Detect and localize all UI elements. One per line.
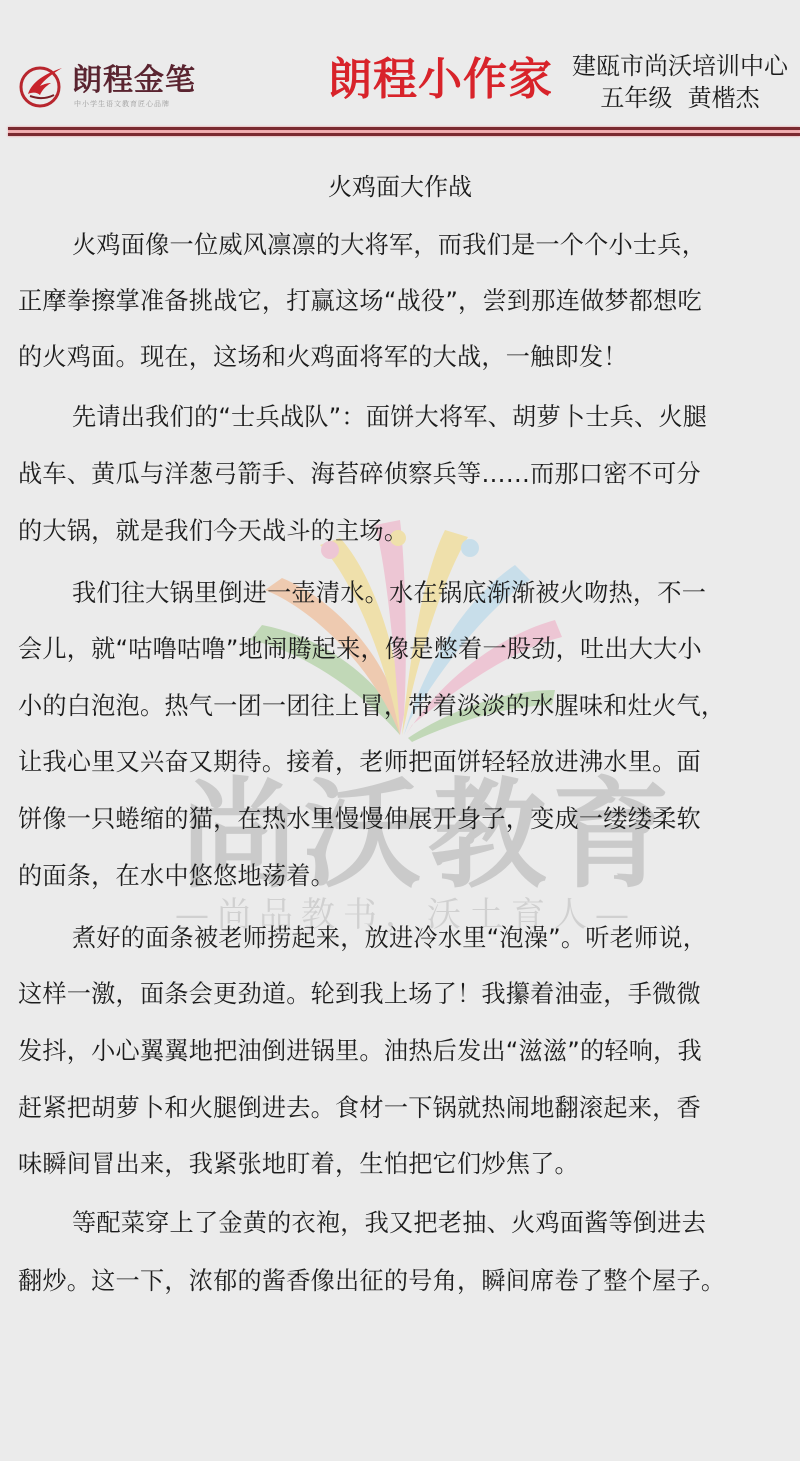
logo: 朗程金笔 中小学生语文教育匠心品牌	[18, 62, 198, 112]
text-line: 这样一激，面条会更劲道。轮到我上场了！我攥着油壶，手微微	[18, 977, 788, 1011]
swoosh-circle-logo-icon	[18, 62, 66, 110]
text-line: 我们往大锅里倒进一壶清水。水在锅底渐渐被火吻热，不一	[72, 576, 788, 610]
watermark: 尚沃教育 —尚品教书，沃土育人—	[0, 0, 800, 1461]
text-line: 先请出我们的“士兵战队”：面饼大将军、胡萝卜士兵、火腿	[72, 400, 788, 434]
logo-name: 朗程金笔	[72, 64, 196, 98]
text-line: 的大锅，就是我们今天战斗的主场。	[18, 514, 788, 548]
text-line: 等配菜穿上了金黄的衣袍，我又把老抽、火鸡面酱等倒进去	[72, 1206, 788, 1240]
text-line: 饼像一只蜷缩的猫，在热水里慢慢伸展开身子，变成一缕缕柔软	[18, 802, 788, 836]
text-line: 让我心里又兴奋又期待。接着，老师把面饼轻轻放进沸水里。面	[18, 745, 788, 779]
text-line: 的火鸡面。现在，这场和火鸡面将军的大战，一触即发！	[18, 340, 788, 374]
text-line: 味瞬间冒出来，我紧张地盯着，生怕把它们炒焦了。	[18, 1147, 788, 1181]
text-line: 小的白泡泡。热气一团一团往上冒，带着淡淡的水腥味和灶火气，	[18, 689, 788, 723]
text-line: 正摩拳擦掌准备挑战它，打赢这场“战役”，尝到那连做梦都想吃	[18, 284, 788, 318]
header-rule-bottom	[8, 133, 800, 136]
brand-title: 朗程小作家	[328, 52, 553, 108]
page-header: 朗程金笔 中小学生语文教育匠心品牌 朗程小作家 建瓯市尚沃培训中心 五年级 黄楷…	[0, 0, 800, 140]
text-line: 发抖，小心翼翼地把油倒进锅里。油热后发出“滋滋”的轻响，我	[18, 1034, 788, 1068]
hands-fan-logo-icon	[0, 0, 800, 1461]
logo-subtitle: 中小学生语文教育匠心品牌	[74, 99, 170, 109]
text-line: 火鸡面像一位威风凛凛的大将军，而我们是一个个小士兵，	[72, 228, 788, 262]
text-line: 赶紧把胡萝卜和火腿倒进去。食材一下锅就热闹地翻滚起来，香	[18, 1091, 788, 1125]
organization: 建瓯市尚沃培训中心	[570, 50, 790, 82]
header-rule-top	[8, 127, 800, 130]
essay-title: 火鸡面大作战	[0, 170, 800, 204]
text-line: 翻炒。这一下，浓郁的酱香像出征的号角，瞬间席卷了整个屋子。	[18, 1264, 788, 1298]
author-info: 建瓯市尚沃培训中心 五年级 黄楷杰	[570, 50, 790, 114]
grade-and-author: 五年级 黄楷杰	[570, 82, 790, 114]
text-line: 的面条，在水中悠悠地荡着。	[18, 859, 788, 893]
text-line: 会儿，就“咕噜咕噜”地闹腾起来，像是憋着一股劲，吐出大大小	[18, 632, 788, 666]
text-line: 煮好的面条被老师捞起来，放进冷水里“泡澡”。听老师说，	[72, 921, 788, 955]
text-line: 战车、黄瓜与洋葱弓箭手、海苔碎侦察兵等……而那口密不可分	[18, 457, 788, 491]
